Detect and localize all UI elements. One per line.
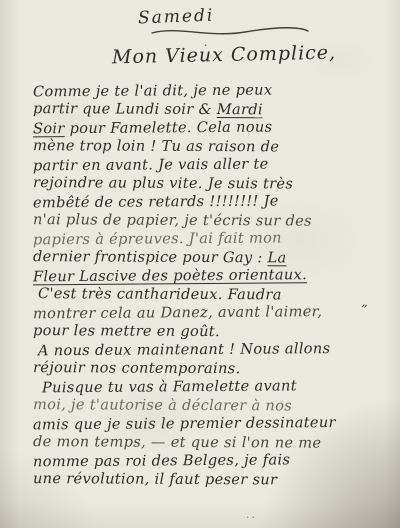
body-line-text: mène trop loin ! Tu as raison de	[33, 137, 279, 155]
body-line: embêté de ces retards !!!!!!!! Je	[33, 192, 386, 213]
body-line-text: montrer cela au Danez, avant l'aimer,	[33, 303, 322, 322]
body-line: Fleur Lascive des poètes orientaux.	[33, 266, 386, 287]
body-line: n'ai plus de papier, je t'écris sur des	[33, 211, 386, 231]
body-line-text: n'ai plus de papier, je t'écris sur des	[33, 211, 312, 229]
body-line-text: papiers à épreuves. J'ai fait mon	[33, 229, 282, 248]
salutation-text: Mon Vieux Complice,	[112, 42, 337, 69]
body-line: partir en avant. Je vais aller te	[33, 155, 386, 176]
body-line-text: dernier frontispice pour Gay :	[33, 248, 268, 266]
footer-mark: ..	[246, 508, 257, 521]
letter-photo: Samedi . Mon Vieux Complice, Comme je te…	[0, 0, 400, 528]
body-line: de mon temps, — et que si l'on ne me	[33, 433, 386, 453]
body-line-text: pour les mettre en goût.	[33, 322, 220, 340]
body-line: papiers à épreuves. J'ai fait mon	[33, 229, 386, 250]
body-line: réjouir nos contemporains.	[33, 359, 386, 379]
underlined-title: Fleur Lascive des poètes orientaux.	[33, 266, 307, 285]
body-line: amis que je suis le premier dessinateur	[33, 414, 386, 435]
body-line-text: rejoindre au plus vite. Je suis très	[33, 174, 293, 192]
body-line: C'est très cantharideux. Faudra	[38, 285, 386, 305]
body-line-text: partir que Lundi soir &	[33, 100, 217, 118]
underlined-word: La	[268, 249, 287, 266]
body-line-text: réjouir nos contemporains.	[33, 359, 241, 377]
body-line: Soir pour Famelette. Cela nous	[33, 118, 386, 139]
body-line: A nous deux maintenant ! Nous allons	[38, 340, 386, 361]
body-line-text: nomme pas roi des Belges, je fais	[33, 451, 290, 470]
body-line-text: embêté de ces retards !!!!!!!! Je	[33, 192, 279, 211]
body-line: montrer cela au Danez, avant l'aimer,	[33, 303, 386, 324]
body-line-text: Comme je te l'ai dit, je ne peux	[33, 82, 273, 101]
body-line: moi, je t'autorise à déclarer à nos	[33, 396, 386, 416]
underlined-word: Mardi	[217, 101, 263, 118]
body-line: dernier frontispice pour Gay : La	[33, 248, 386, 268]
body-line: Puisque tu vas à Famelette avant	[42, 377, 386, 398]
flourish-underline-icon	[150, 24, 310, 40]
letter-body: Comme je te l'ai dit, je ne peux partir …	[33, 82, 386, 489]
body-line-text: Puisque tu vas à Famelette avant	[42, 377, 297, 396]
body-line-text: de mon temps, — et que si l'on ne me	[33, 433, 321, 452]
body-line: une révolution, il faut peser sur	[33, 470, 386, 490]
body-line: mène trop loin ! Tu as raison de	[33, 137, 386, 157]
body-line: Comme je te l'ai dit, je ne peux	[33, 81, 386, 102]
body-line-text: partir en avant. Je vais aller te	[33, 156, 269, 175]
body-line-text: moi, je t'autorise à déclarer à nos	[33, 396, 292, 414]
body-line: partir que Lundi soir & Mardi	[33, 100, 386, 120]
body-line-text: pour Famelette. Cela nous	[65, 119, 273, 138]
body-line-text: une révolution, il faut peser sur	[33, 470, 277, 488]
body-line-text: C'est très cantharideux. Faudra	[38, 285, 282, 303]
body-line: pour les mettre en goût.	[33, 322, 386, 342]
body-line-text: amis que je suis le premier dessinateur	[33, 414, 336, 433]
body-line: rejoindre au plus vite. Je suis très	[33, 174, 386, 194]
body-line: nomme pas roi des Belges, je fais	[33, 451, 386, 472]
underlined-word: Soir	[33, 120, 65, 137]
body-line-text: A nous deux maintenant ! Nous allons	[38, 340, 330, 359]
